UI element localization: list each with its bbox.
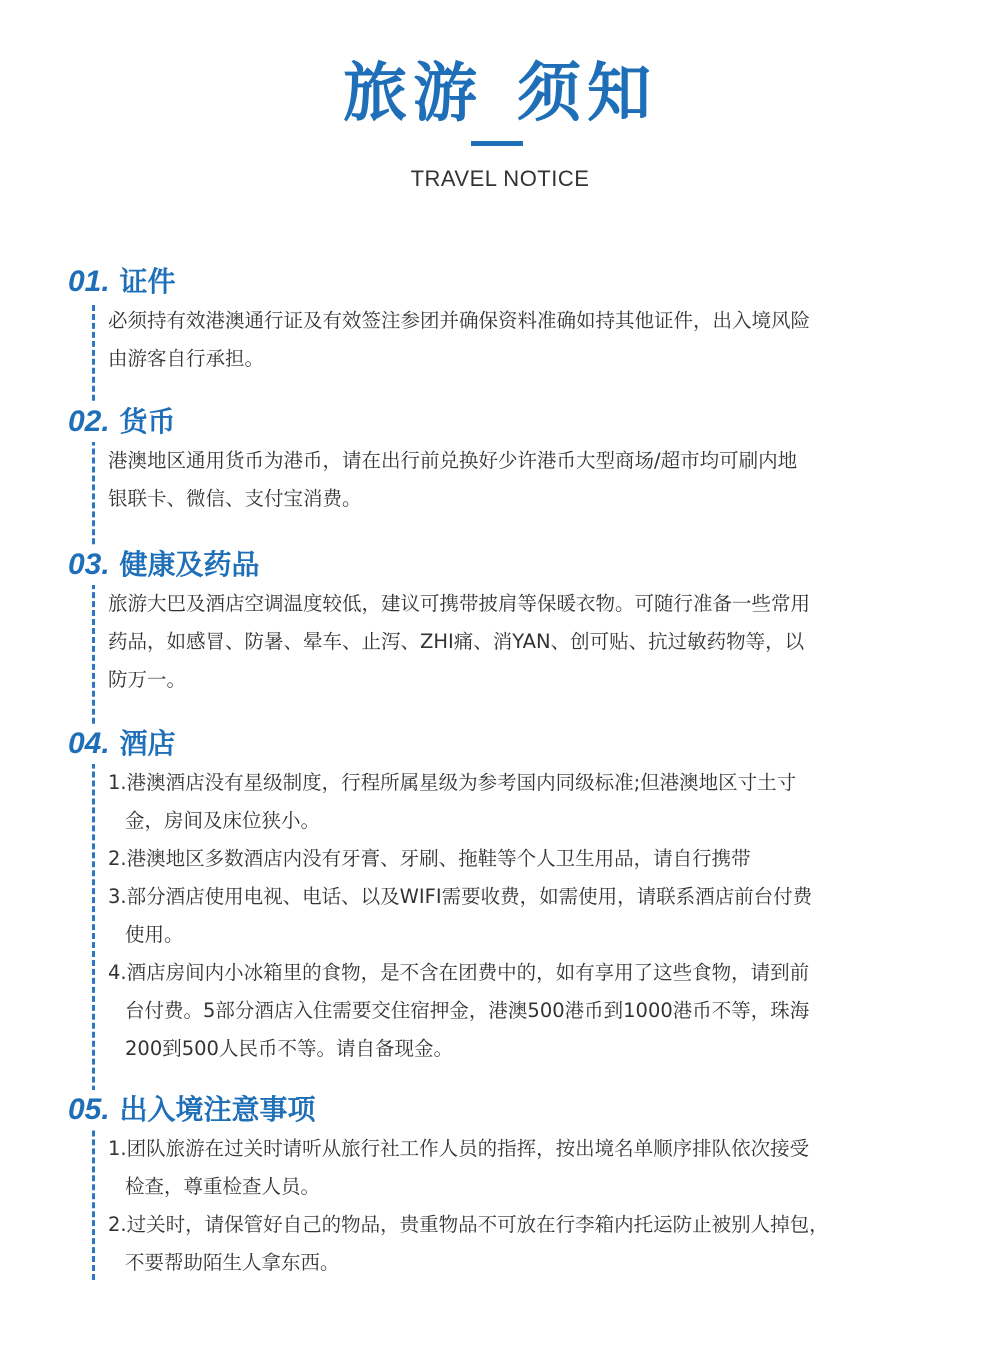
list-item-line: 2.港澳地区多数酒店内没有牙膏、牙刷、拖鞋等个人卫生用品，请自行携带 <box>108 840 938 878</box>
title-underline-divider <box>471 141 523 146</box>
section-body: 必须持有效港澳通行证及有效签注参团并确保资料准确如持其他证件，出入境风险 由游客… <box>108 302 938 378</box>
section-title: 健康及药品 <box>119 548 259 581</box>
page-title-left: 旅游 <box>343 57 483 131</box>
section-heading: 05. 出入境注意事项 <box>68 1090 321 1130</box>
list-item-line: 200到500人民币不等。请自备现金。 <box>108 1030 938 1068</box>
paragraph-line: 港澳地区通用货币为港币，请在出行前兑换好少许港币大型商场/超市均可刷内地 <box>108 442 938 480</box>
section-body: 1.团队旅游在过关时请听从旅行社工作人员的指挥，按出境名单顺序排队依次接受 检查… <box>108 1130 938 1282</box>
paragraph-line: 由游客自行承担。 <box>108 340 938 378</box>
list-item-line: 金，房间及床位狭小。 <box>108 802 938 840</box>
list-item: 1.港澳酒店没有星级制度，行程所属星级为参考国内同级标准;但港澳地区寸土寸 金，… <box>108 764 938 840</box>
list-item-line: 2.过关时，请保管好自己的物品，贵重物品不可放在行李箱内托运防止被别人掉包， <box>108 1206 938 1244</box>
list-item-line: 4.酒店房间内小冰箱里的食物，是不含在团费中的，如有享用了这些食物，请到前 <box>108 954 938 992</box>
list-item-line: 1.港澳酒店没有星级制度，行程所属星级为参考国内同级标准;但港澳地区寸土寸 <box>108 764 938 802</box>
paragraph-line: 防万一。 <box>108 661 938 699</box>
section-heading: 04. 酒店 <box>68 724 181 764</box>
list-item-line: 台付费。5部分酒店入住需要交住宿押金，港澳500港币到1000港币不等，珠海 <box>108 992 938 1030</box>
section-title: 出入境注意事项 <box>119 1093 315 1126</box>
paragraph-line: 银联卡、微信、支付宝消费。 <box>108 480 938 518</box>
list-item-line: 检查，尊重检查人员。 <box>108 1168 938 1206</box>
paragraph-line: 旅游大巴及酒店空调温度较低，建议可携带披肩等保暖衣物。可随行准备一些常用 <box>108 585 938 623</box>
section-documents: 01. 证件 必须持有效港澳通行证及有效签注参团并确保资料准确如持其他证件，出入… <box>68 262 948 378</box>
section-title: 酒店 <box>119 727 175 760</box>
list-item-line: 使用。 <box>108 916 938 954</box>
section-currency: 02. 货币 港澳地区通用货币为港币，请在出行前兑换好少许港币大型商场/超市均可… <box>68 402 948 518</box>
section-border-crossing: 05. 出入境注意事项 1.团队旅游在过关时请听从旅行社工作人员的指挥，按出境名… <box>68 1090 948 1282</box>
list-item: 3.部分酒店使用电视、电话、以及WIFI需要收费，如需使用，请联系酒店前台付费 … <box>108 878 938 954</box>
page-subtitle: TRAVEL NOTICE <box>0 166 1000 192</box>
page-title: 旅游须知 <box>0 52 1000 136</box>
page-title-right: 须知 <box>517 57 657 131</box>
section-body: 旅游大巴及酒店空调温度较低，建议可携带披肩等保暖衣物。可随行准备一些常用 药品，… <box>108 585 938 699</box>
list-item-line: 不要帮助陌生人拿东西。 <box>108 1244 938 1282</box>
section-health-medicine: 03. 健康及药品 旅游大巴及酒店空调温度较低，建议可携带披肩等保暖衣物。可随行… <box>68 545 948 699</box>
paragraph-line: 药品，如感冒、防暑、晕车、止泻、ZHI痛、消YAN、创可贴、抗过敏药物等，以 <box>108 623 938 661</box>
section-body: 港澳地区通用货币为港币，请在出行前兑换好少许港币大型商场/超市均可刷内地 银联卡… <box>108 442 938 518</box>
section-number: 01. <box>68 265 110 298</box>
section-heading: 01. 证件 <box>68 262 181 302</box>
section-number: 03. <box>68 548 110 581</box>
section-number: 02. <box>68 405 110 438</box>
section-title: 证件 <box>119 265 175 298</box>
list-item-line: 1.团队旅游在过关时请听从旅行社工作人员的指挥，按出境名单顺序排队依次接受 <box>108 1130 938 1168</box>
section-number: 04. <box>68 727 110 760</box>
list-item: 2.港澳地区多数酒店内没有牙膏、牙刷、拖鞋等个人卫生用品，请自行携带 <box>108 840 938 878</box>
section-hotel: 04. 酒店 1.港澳酒店没有星级制度，行程所属星级为参考国内同级标准;但港澳地… <box>68 724 948 1068</box>
list-item: 4.酒店房间内小冰箱里的食物，是不含在团费中的，如有享用了这些食物，请到前 台付… <box>108 954 938 1068</box>
list-item: 1.团队旅游在过关时请听从旅行社工作人员的指挥，按出境名单顺序排队依次接受 检查… <box>108 1130 938 1206</box>
paragraph-line: 必须持有效港澳通行证及有效签注参团并确保资料准确如持其他证件，出入境风险 <box>108 302 938 340</box>
list-item-line: 3.部分酒店使用电视、电话、以及WIFI需要收费，如需使用，请联系酒店前台付费 <box>108 878 938 916</box>
section-heading: 03. 健康及药品 <box>68 545 265 585</box>
section-heading: 02. 货币 <box>68 402 181 442</box>
section-number: 05. <box>68 1093 110 1126</box>
section-body: 1.港澳酒店没有星级制度，行程所属星级为参考国内同级标准;但港澳地区寸土寸 金，… <box>108 764 938 1068</box>
list-item: 2.过关时，请保管好自己的物品，贵重物品不可放在行李箱内托运防止被别人掉包， 不… <box>108 1206 938 1282</box>
section-title: 货币 <box>119 405 175 438</box>
